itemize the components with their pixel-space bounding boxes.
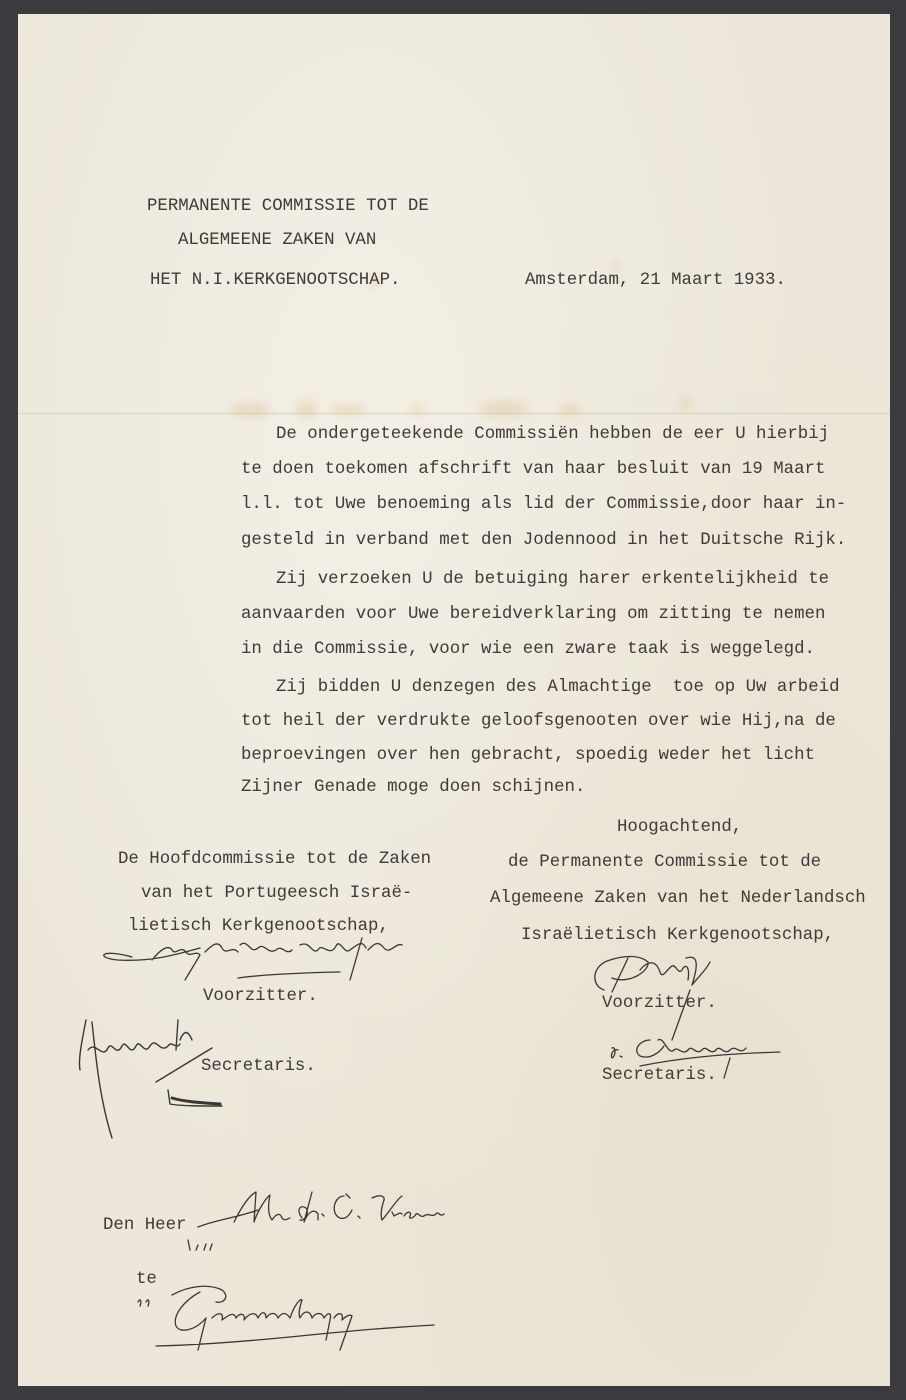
left-chair-label: Voorzitter. — [203, 987, 318, 1007]
body-line: Zijner Genade moge doen schijnen. — [241, 778, 585, 798]
paper-stain — [295, 400, 317, 418]
body-line: in die Commissie, voor wie een zware taa… — [241, 640, 815, 660]
right-signatory-line: de Permanente Commissie tot de — [508, 853, 821, 873]
letterhead-line-2: ALGEMEENE ZAKEN VAN — [178, 231, 376, 251]
paper-stain — [330, 404, 366, 416]
closing-salutation: Hoogachtend, — [617, 818, 742, 838]
right-chair-label: Voorzitter. — [602, 994, 717, 1014]
body-line: l.l. tot Uwe benoeming als lid der Commi… — [241, 495, 846, 515]
addressee-prefix: Den Heer — [103, 1216, 187, 1236]
letterhead-line-1: PERMANENTE COMMISSIE TOT DE — [147, 197, 429, 217]
body-line: De ondergeteekende Commissiën hebben de … — [276, 425, 829, 445]
letter-date: Amsterdam, 21 Maart 1933. — [525, 271, 786, 291]
paper-stain — [560, 403, 580, 417]
left-signatory-line: van het Portugeesch Israë- — [141, 884, 412, 904]
body-line: aanvaarden voor Uwe bereidverklaring om … — [241, 605, 825, 625]
right-secretary-label: Secretaris. — [602, 1066, 717, 1086]
body-line: te doen toekomen afschrift van haar besl… — [241, 460, 825, 480]
body-line: Zij bidden U denzegen des Almachtige toe… — [276, 678, 840, 698]
body-line: Zij verzoeken U de betuiging harer erken… — [276, 570, 829, 590]
paper-stain — [410, 405, 424, 415]
letterhead-line-3: HET N.I.KERKGENOOTSCHAP. — [150, 271, 400, 291]
body-line: tot heil der verdrukte geloofsgenooten o… — [241, 712, 836, 732]
paper-stain — [680, 396, 692, 410]
body-line: beproevingen over hen gebracht, spoedig … — [241, 746, 815, 766]
right-signatory-line: Israëlietisch Kerkgenootschap, — [521, 926, 834, 946]
paper-stain — [230, 402, 270, 418]
letter-paper — [18, 14, 890, 1386]
body-line: gesteld in verband met den Jodennood in … — [241, 531, 846, 551]
paper-fold-line — [18, 412, 890, 415]
right-signatory-line: Algemeene Zaken van het Nederlandsch — [490, 889, 866, 909]
left-signatory-line: lietisch Kerkgenootschap, — [128, 917, 389, 937]
paper-stain — [480, 400, 528, 418]
left-signatory-line: De Hoofdcommissie tot de Zaken — [118, 850, 431, 870]
left-secretary-label: Secretaris. — [201, 1057, 316, 1077]
addressee-place-prefix: te — [136, 1270, 157, 1290]
